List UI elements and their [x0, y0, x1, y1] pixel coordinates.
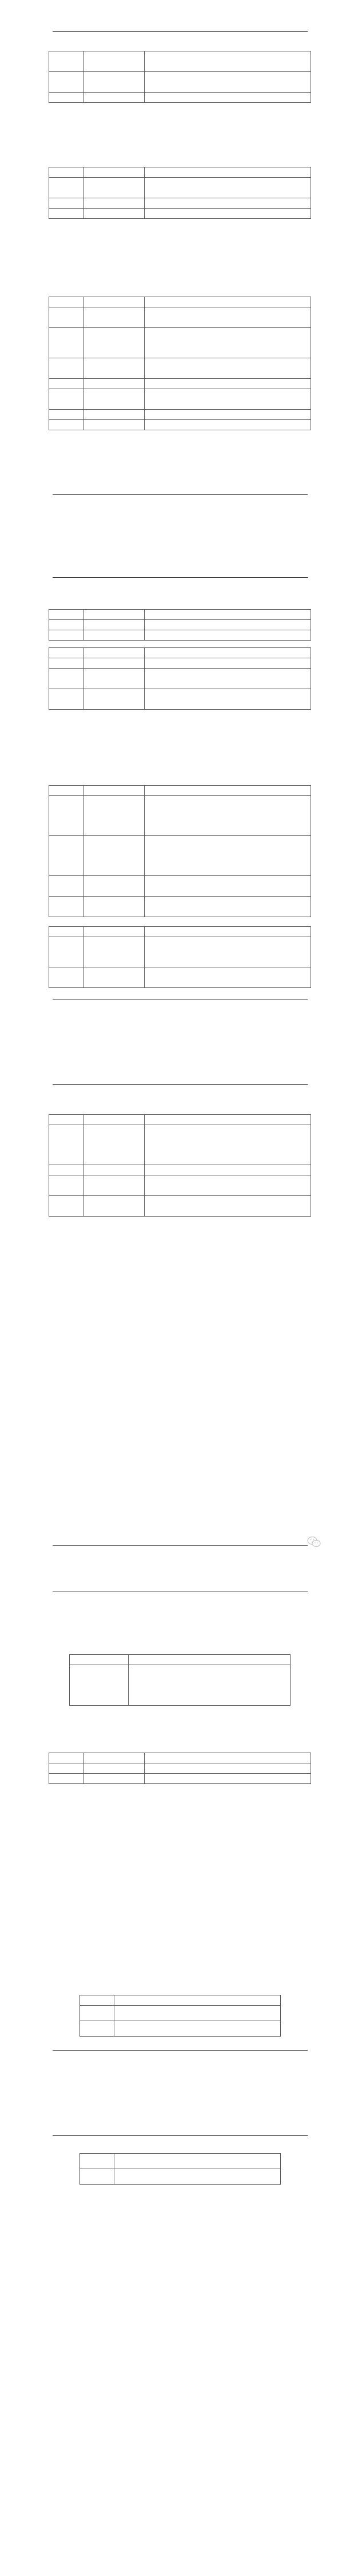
table-row: [80, 2021, 281, 2037]
table-header-row: [49, 927, 311, 937]
cell-item: [83, 93, 145, 103]
table-5-3-5-1-part1: [79, 1995, 281, 2037]
table-row: [49, 689, 311, 710]
table-5-2-18-1: [49, 647, 311, 710]
cell-item: [83, 51, 145, 72]
table-row: [49, 620, 311, 630]
wechat-icon: [307, 1535, 321, 1548]
cell-seq: [49, 72, 83, 93]
table-row: [49, 420, 311, 430]
table-row: [49, 307, 311, 328]
clause-5-2-30: [53, 1608, 308, 1625]
table-header-row: [49, 648, 311, 658]
clause-5-2-29: [53, 1509, 308, 1526]
table-row: [80, 2006, 281, 2021]
table-row: [49, 1165, 311, 1175]
cell-content-lines: [145, 937, 311, 967]
table-row: [49, 658, 311, 669]
clause-5-2-17: [53, 438, 308, 455]
page-footer: [53, 2050, 308, 2053]
table-header-row: [49, 297, 311, 307]
clause-5-2-28: [53, 1463, 308, 1480]
cell-content: [145, 93, 311, 103]
table-5-2-14-1: [49, 167, 311, 219]
clause-5-2-23: [53, 1331, 308, 1348]
clause-5-3-1-visible: [53, 1796, 308, 1813]
table-header-row: [49, 167, 311, 178]
table-row: [70, 1665, 291, 1706]
table-row: [49, 796, 311, 836]
table-header-row: [49, 786, 311, 796]
table-header-row: [49, 1753, 311, 1763]
page-footer: [53, 494, 308, 497]
table-header-row: [70, 1655, 291, 1665]
table-row: [49, 937, 311, 967]
table-row: [49, 410, 311, 420]
clause-5-3-3: [53, 1831, 308, 1849]
running-header: [53, 575, 308, 578]
table-row: [49, 630, 311, 641]
table-5-2-21-1: [49, 1114, 311, 1217]
table-row: [49, 1763, 311, 1774]
table-row: [49, 1175, 311, 1196]
table-row: [49, 967, 311, 988]
clause-5-2-24: [53, 1366, 308, 1383]
table-row: [49, 198, 311, 209]
table-5-2-20-1: [49, 926, 311, 988]
clause-5-2-15: [53, 219, 308, 237]
cell-content-lines: [145, 796, 311, 836]
cell-content: [145, 51, 311, 72]
table-5-2-30-1: [69, 1654, 291, 1706]
table-row: [49, 836, 311, 876]
table-5-2-16-1: [49, 297, 311, 430]
page-footer: [53, 1545, 308, 1547]
table-row: [49, 72, 311, 93]
cell-content-lines: [145, 836, 311, 876]
table-header-row: [49, 1115, 311, 1125]
cell-content-lines: [145, 1175, 311, 1196]
watermark: [307, 1534, 353, 1550]
table-row: [49, 379, 311, 389]
cell-content-lines: [145, 967, 311, 988]
table-row: [49, 669, 311, 689]
cell-content: [145, 72, 311, 93]
table-row: [49, 1125, 311, 1165]
table-row: [49, 209, 311, 219]
cell-seq: [49, 51, 83, 72]
cell-seq: [49, 93, 83, 103]
clause-5-2-20: [53, 882, 308, 899]
cell-item: [83, 72, 145, 93]
table-row: [80, 2169, 281, 2185]
table-ups-continued: [49, 51, 311, 103]
clause-5-2-26: [53, 1428, 308, 1445]
table-row: [49, 1774, 311, 1784]
page-footer: [53, 999, 308, 1002]
clause-5-3-4: [53, 1884, 308, 1901]
running-header: [53, 1082, 308, 1085]
running-header: [53, 30, 308, 32]
table-header-row: [80, 1995, 281, 2006]
document-viewer: [0, 0, 358, 2576]
clause-5-3-2: [53, 1814, 308, 1831]
table-row: [80, 2154, 281, 2169]
table-row: [49, 178, 311, 198]
cell-content-lines: [145, 1125, 311, 1165]
clause-5-2-13: [53, 103, 308, 121]
table-row: [49, 358, 311, 379]
table-row: [49, 93, 311, 103]
clause-5-2-31: [53, 1707, 308, 1724]
clause-5-2-22: [53, 1207, 308, 1225]
clause-5-2-27: [53, 1445, 308, 1462]
clause-5-2-18-text: [53, 602, 308, 619]
clause-5-3-5: [53, 1972, 308, 1989]
table-5-3-5-1-part2: [79, 2153, 281, 2185]
table-5-2-31-1: [49, 1753, 311, 1784]
cell-content-lines: [145, 1165, 311, 1175]
table-row: [49, 328, 311, 358]
clause-5-2-16: [53, 250, 308, 267]
running-header: [53, 1589, 308, 1591]
clause-5-2-19: [53, 739, 308, 757]
clause-5-2-14: [53, 121, 308, 138]
table-row: [49, 51, 311, 72]
running-header: [53, 2134, 308, 2136]
table-row: [49, 389, 311, 410]
